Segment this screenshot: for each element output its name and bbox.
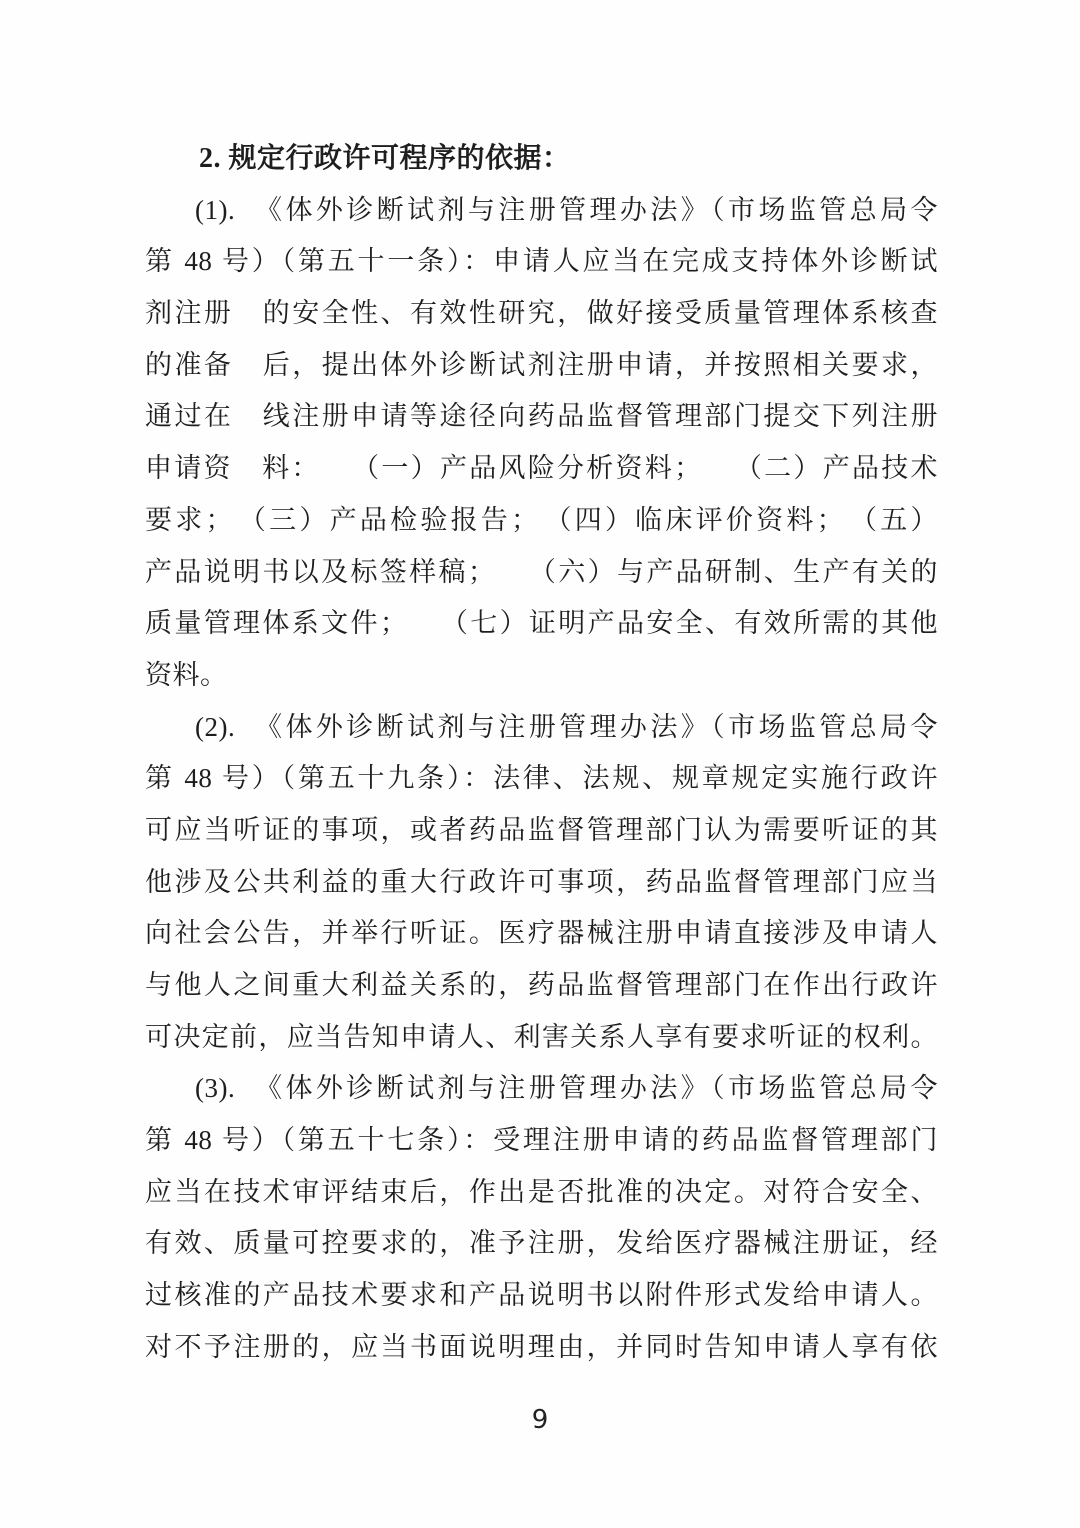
text-line: 第 48 号）（第五十一条）：申请人应当在完成支持体外诊断试 [145,236,938,288]
document-page: 2. 规定行政许可程序的依据： (1). 《体外诊断试剂与注册管理办法》（市场监… [0,0,1080,1528]
text-line: 质量管理体系文件； （七）证明产品安全、有效所需的其他 [145,598,938,650]
text-line: 的准备 后，提出体外诊断试剂注册申请，并按照相关要求， [145,340,938,392]
text-line: 可应当听证的事项，或者药品监督管理部门认为需要听证的其 [145,805,938,857]
paragraph-2-start-line: (2). 《体外诊断试剂与注册管理办法》（市场监管总局令 [145,702,938,754]
text-line: 第 48 号）（第五十九条）：法律、法规、规章规定实施行政许 [145,753,938,805]
text-line: 申请资 料： （一）产品风险分析资料； （二）产品技术 [145,443,938,495]
page-number: 9 [0,1405,1080,1435]
text-line: 向社会公告，并举行听证。医疗器械注册申请直接涉及申请人 [145,908,938,960]
text-line: 他涉及公共利益的重大行政许可事项，药品监督管理部门应当 [145,857,938,909]
text-line: 有效、质量可控要求的，准予注册，发给医疗器械注册证，经 [145,1218,938,1270]
text-line: 与他人之间重大利益关系的，药品监督管理部门在作出行政许 [145,960,938,1012]
text-line: 应当在技术审评结束后，作出是否批准的决定。对符合安全、 [145,1167,938,1219]
section-heading: 2. 规定行政许可程序的依据： [145,133,938,185]
text-line: 第 48 号）（第五十七条）：受理注册申请的药品监督管理部门 [145,1115,938,1167]
text-line: 资料。 [145,650,938,702]
paragraph-1-start-line: (1). 《体外诊断试剂与注册管理办法》（市场监管总局令 [145,185,938,237]
text-line: 可决定前，应当告知申请人、利害关系人享有要求听证的权利。 [145,1012,938,1064]
paragraph-3-start-line: (3). 《体外诊断试剂与注册管理办法》（市场监管总局令 [145,1063,938,1115]
text-line: 产品说明书以及标签样稿； （六）与产品研制、生产有关的 [145,547,938,599]
text-line: 剂注册 的安全性、有效性研究，做好接受质量管理体系核查 [145,288,938,340]
document-body: 2. 规定行政许可程序的依据： (1). 《体外诊断试剂与注册管理办法》（市场监… [145,133,938,1374]
text-line: 通过在 线注册申请等途径向药品监督管理部门提交下列注册 [145,391,938,443]
text-line: 要求； （三）产品检验报告； （四）临床评价资料； （五） [145,495,938,547]
text-line: 对不予注册的，应当书面说明理由，并同时告知申请人享有依 [145,1322,938,1374]
text-line: 过核准的产品技术要求和产品说明书以附件形式发给申请人。 [145,1270,938,1322]
